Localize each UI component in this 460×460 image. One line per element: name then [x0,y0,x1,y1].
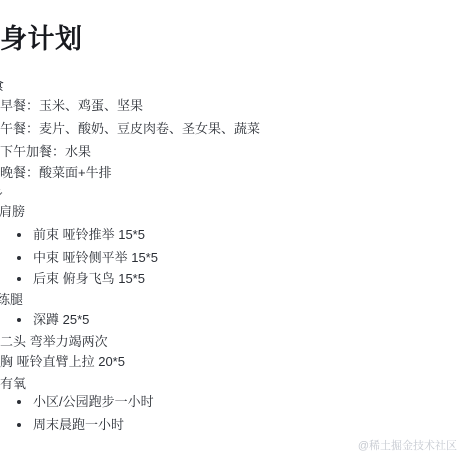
text-line: 练腿 [0,293,23,307]
line-text: 后束 俯身飞鸟 15*5 [33,272,145,286]
line-text: 有氧 [0,377,26,391]
bullet-item: 后束 俯身飞鸟 15*5 [0,272,145,286]
text-line: 早餐：玉米、鸡蛋、坚果 [0,99,143,113]
line-text: 深蹲 25*5 [33,313,89,327]
line-text: 练腿 [0,293,23,307]
text-line: 肩膀 [0,205,25,219]
bullet-item: 前束 哑铃推举 15*5 [0,228,145,242]
bullet-item: 小区/公园跑步一小时 [0,395,154,409]
text-line: 有氧 [0,377,26,391]
line-text: 中束 哑铃侧平举 15*5 [33,251,158,265]
line-text: 午餐：麦片、酸奶、豆皮肉卷、圣女果、蔬菜 [0,122,260,136]
bullet-item: 周末晨跑一小时 [0,418,124,432]
text-line: 胸 哑铃直臂上拉 20*5 [0,355,125,369]
line-text: 前束 哑铃推举 15*5 [33,228,145,242]
line-text: 身 [0,188,3,202]
text-line: 下午加餐：水果 [0,145,91,159]
line-text: 食 [0,79,4,93]
line-text: 晚餐：酸菜面+牛排 [0,166,112,180]
bullet-icon [17,318,21,322]
bullet-item: 中束 哑铃侧平举 15*5 [0,251,158,265]
page-title: 身计划 [0,24,83,55]
clipped-text-fragment: 食 [0,79,4,93]
bullet-icon [17,277,21,281]
bullet-icon [17,256,21,260]
line-text: 下午加餐：水果 [0,145,91,159]
text-line: 午餐：麦片、酸奶、豆皮肉卷、圣女果、蔬菜 [0,122,260,136]
bullet-item: 深蹲 25*5 [0,313,89,327]
line-text: 肩膀 [0,205,25,219]
text-line: 二头 弯举力竭两次 [0,335,108,349]
line-text: 胸 哑铃直臂上拉 20*5 [0,355,125,369]
bullet-icon [17,400,21,404]
line-text: 小区/公园跑步一小时 [33,395,154,409]
line-text: 早餐：玉米、鸡蛋、坚果 [0,99,143,113]
bullet-icon [17,423,21,427]
line-text: 二头 弯举力竭两次 [0,335,108,349]
text-line: 晚餐：酸菜面+牛排 [0,166,112,180]
line-text: 周末晨跑一小时 [33,418,124,432]
watermark-text: @稀土掘金技术社区 [358,440,457,452]
article-page: 身计划 食早餐：玉米、鸡蛋、坚果午餐：麦片、酸奶、豆皮肉卷、圣女果、蔬菜下午加餐… [0,0,460,460]
bullet-icon [17,233,21,237]
clipped-text-fragment: 身 [0,188,3,202]
